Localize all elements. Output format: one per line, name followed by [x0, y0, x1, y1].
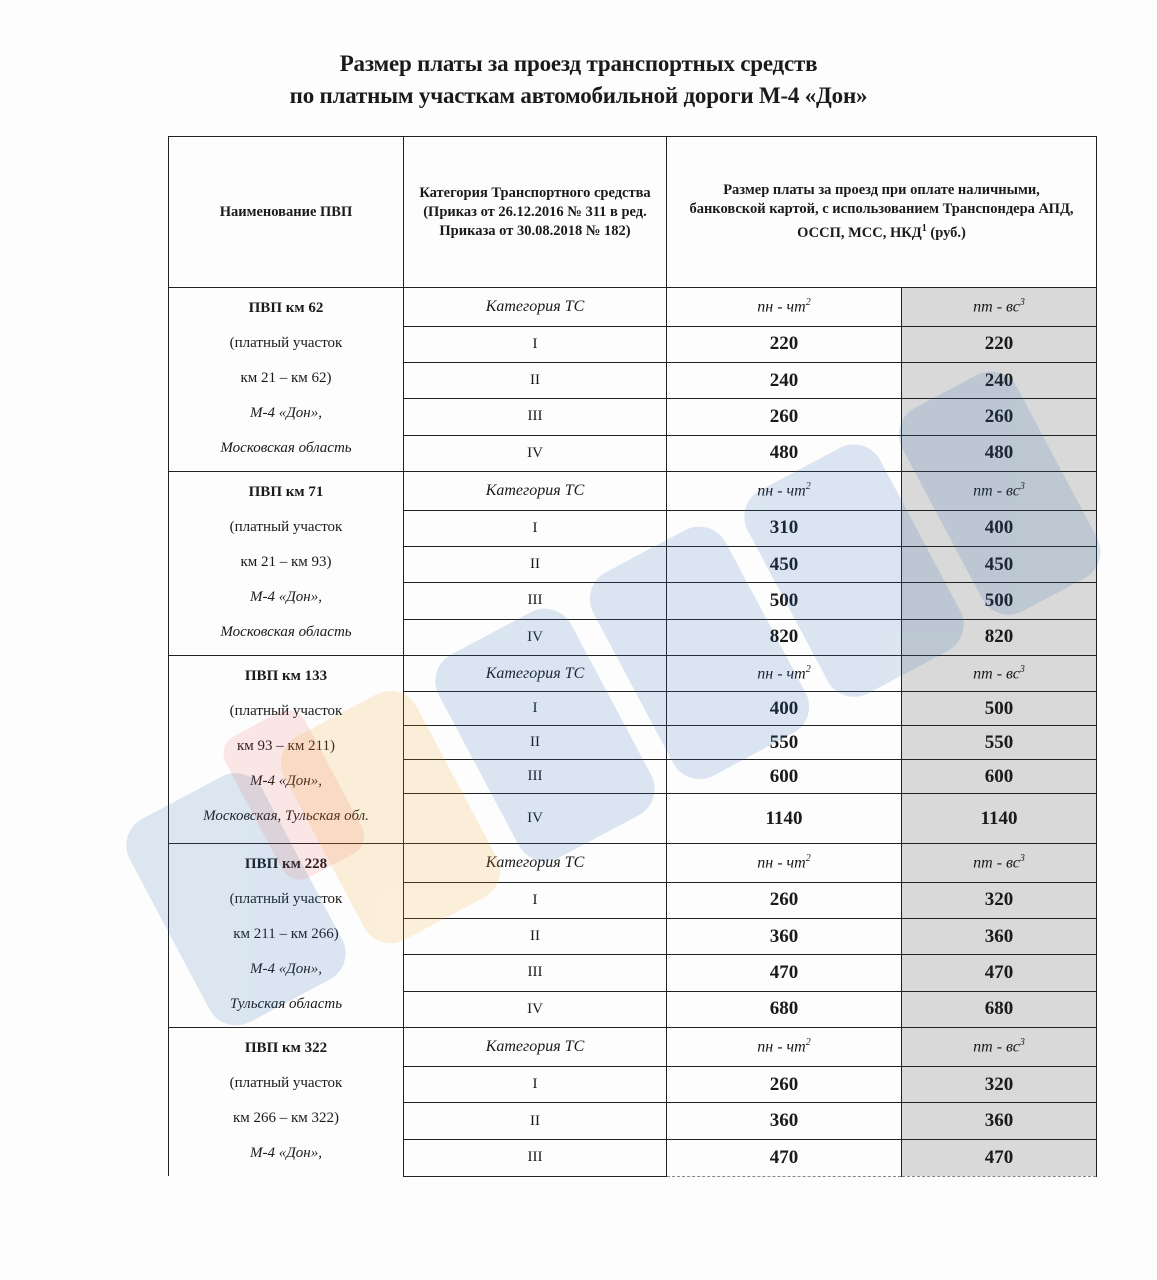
fee-weekend: 470 — [902, 1139, 1097, 1176]
pvp-description-line: М-4 «Дон», — [169, 1141, 403, 1176]
pvp-name: ПВП км 62 — [169, 296, 403, 331]
section-header-row: ПВП км 228(платный участоккм 211 – км 26… — [169, 844, 1097, 883]
weekend-text: пт - вс — [973, 665, 1020, 682]
table-body: ПВП км 62(платный участоккм 21 – км 62)М… — [169, 288, 1097, 1177]
footnote-2: 2 — [806, 664, 811, 675]
weekend-label: пт - вс3 — [902, 656, 1097, 692]
fee-weekdays: 500 — [667, 583, 902, 619]
weekend-label: пт - вс3 — [902, 472, 1097, 511]
pvp-description-line: М-4 «Дон», — [169, 401, 403, 436]
pvp-description-line: М-4 «Дон», — [169, 957, 403, 992]
fee-weekdays: 470 — [667, 1139, 902, 1176]
fee-weekend: 360 — [902, 918, 1097, 954]
pvp-description-line: км 211 – км 266) — [169, 922, 403, 957]
pvp-description-line: (платный участок — [169, 887, 403, 922]
weekdays-label: пн - чт2 — [667, 656, 902, 692]
fee-weekdays: 260 — [667, 1066, 902, 1103]
weekend-text: пт - вс — [973, 854, 1020, 871]
weekend-label: пт - вс3 — [902, 844, 1097, 883]
pvp-description-line: км 266 – км 322) — [169, 1106, 403, 1141]
pvp-name: ПВП км 133 — [169, 664, 403, 699]
fee-weekdays: 260 — [667, 882, 902, 918]
pvp-name-cell: ПВП км 228(платный участоккм 211 – км 26… — [169, 844, 404, 1028]
header-category: Категория Транспортного средства (Приказ… — [404, 137, 667, 288]
header-fee-suffix: (руб.) — [927, 225, 966, 241]
weekdays-label: пн - чт2 — [667, 844, 902, 883]
tariff-table: Наименование ПВП Категория Транспортного… — [168, 136, 1097, 1177]
vehicle-category: I — [404, 1066, 667, 1103]
fee-weekend: 450 — [902, 546, 1097, 582]
pvp-name: ПВП км 322 — [169, 1036, 403, 1071]
pvp-name: ПВП км 228 — [169, 852, 403, 887]
fee-weekend: 600 — [902, 760, 1097, 794]
fee-weekend: 220 — [902, 326, 1097, 362]
fee-weekend: 680 — [902, 991, 1097, 1027]
fee-weekdays: 1140 — [667, 794, 902, 844]
section-header-row: ПВП км 133(платный участоккм 93 – км 211… — [169, 656, 1097, 692]
fee-weekend: 500 — [902, 692, 1097, 726]
fee-weekdays: 360 — [667, 918, 902, 954]
footnote-2: 2 — [806, 1037, 811, 1048]
pvp-description-line: (платный участок — [169, 331, 403, 366]
vehicle-category: II — [404, 362, 667, 398]
title-line-1: Размер платы за проезд транспортных сред… — [0, 48, 1157, 80]
fee-weekend: 550 — [902, 726, 1097, 760]
fee-weekdays: 260 — [667, 399, 902, 435]
fee-weekdays: 600 — [667, 760, 902, 794]
fee-weekdays: 220 — [667, 326, 902, 362]
pvp-description-line: Московская область — [169, 436, 403, 471]
vehicle-category: II — [404, 726, 667, 760]
vehicle-category: III — [404, 955, 667, 991]
pvp-name: ПВП км 71 — [169, 480, 403, 515]
category-label: Категория ТС — [404, 1028, 667, 1067]
fee-weekend: 320 — [902, 1066, 1097, 1103]
fee-weekdays: 480 — [667, 435, 902, 471]
section-header-row: ПВП км 62(платный участоккм 21 – км 62)М… — [169, 288, 1097, 327]
vehicle-category: I — [404, 692, 667, 726]
vehicle-category: I — [404, 510, 667, 546]
vehicle-category: III — [404, 583, 667, 619]
weekdays-label: пн - чт2 — [667, 288, 902, 327]
fee-weekend: 480 — [902, 435, 1097, 471]
fee-weekend: 260 — [902, 399, 1097, 435]
pvp-name-cell: ПВП км 133(платный участоккм 93 – км 211… — [169, 656, 404, 844]
pvp-description-line: км 21 – км 93) — [169, 550, 403, 585]
header-fee-text: Размер платы за проезд при оплате наличн… — [689, 182, 1073, 241]
vehicle-category: IV — [404, 991, 667, 1027]
fee-weekdays: 310 — [667, 510, 902, 546]
fee-weekdays: 400 — [667, 692, 902, 726]
footnote-3: 3 — [1020, 853, 1025, 864]
weekend-label: пт - вс3 — [902, 288, 1097, 327]
fee-weekdays: 450 — [667, 546, 902, 582]
vehicle-category: III — [404, 760, 667, 794]
table-header-row: Наименование ПВП Категория Транспортного… — [169, 137, 1097, 288]
category-label: Категория ТС — [404, 844, 667, 883]
fee-weekend: 470 — [902, 955, 1097, 991]
header-fee: Размер платы за проезд при оплате наличн… — [667, 137, 1097, 288]
weekdays-text: пн - чт — [757, 854, 805, 871]
pvp-description-line: Московская область — [169, 620, 403, 655]
weekdays-label: пн - чт2 — [667, 1028, 902, 1067]
footnote-3: 3 — [1020, 1037, 1025, 1048]
pvp-description-line: км 21 – км 62) — [169, 366, 403, 401]
weekdays-text: пн - чт — [757, 298, 805, 315]
weekdays-text: пн - чт — [757, 482, 805, 499]
weekend-label: пт - вс3 — [902, 1028, 1097, 1067]
category-label: Категория ТС — [404, 656, 667, 692]
title-line-2: по платным участкам автомобильной дороги… — [0, 80, 1157, 112]
fee-weekdays: 470 — [667, 955, 902, 991]
vehicle-category: I — [404, 326, 667, 362]
header-pvp-name-text: Наименование ПВП — [220, 204, 353, 220]
vehicle-category: III — [404, 1139, 667, 1176]
pvp-description-line: км 93 – км 211) — [169, 734, 403, 769]
vehicle-category: I — [404, 882, 667, 918]
vehicle-category: II — [404, 1103, 667, 1140]
weekend-text: пт - вс — [973, 298, 1020, 315]
vehicle-category: IV — [404, 794, 667, 844]
header-category-text: Категория Транспортного средства (Приказ… — [419, 185, 650, 239]
pvp-description-line: М-4 «Дон», — [169, 769, 403, 804]
footnote-2: 2 — [806, 297, 811, 308]
pvp-description-line: Тульская область — [169, 992, 403, 1027]
fee-weekdays: 820 — [667, 619, 902, 655]
weekend-text: пт - вс — [973, 482, 1020, 499]
footnote-3: 3 — [1020, 297, 1025, 308]
fee-weekend: 1140 — [902, 794, 1097, 844]
fee-weekend: 360 — [902, 1103, 1097, 1140]
fee-weekend: 500 — [902, 583, 1097, 619]
vehicle-category: II — [404, 918, 667, 954]
section-header-row: ПВП км 71(платный участоккм 21 – км 93)М… — [169, 472, 1097, 511]
pvp-description-line: М-4 «Дон», — [169, 585, 403, 620]
tariff-table-container: Наименование ПВП Категория Транспортного… — [168, 136, 1096, 1177]
vehicle-category: III — [404, 399, 667, 435]
vehicle-category: IV — [404, 619, 667, 655]
fee-weekend: 240 — [902, 362, 1097, 398]
fee-weekend: 400 — [902, 510, 1097, 546]
category-label: Категория ТС — [404, 288, 667, 327]
pvp-name-cell: ПВП км 322(платный участоккм 266 – км 32… — [169, 1028, 404, 1177]
vehicle-category: II — [404, 546, 667, 582]
weekdays-text: пн - чт — [757, 1039, 805, 1056]
fee-weekdays: 240 — [667, 362, 902, 398]
weekdays-label: пн - чт2 — [667, 472, 902, 511]
fee-weekdays: 550 — [667, 726, 902, 760]
fee-weekdays: 360 — [667, 1103, 902, 1140]
vehicle-category: IV — [404, 435, 667, 471]
pvp-name-cell: ПВП км 62(платный участоккм 21 – км 62)М… — [169, 288, 404, 472]
footnote-2: 2 — [806, 853, 811, 864]
section-header-row: ПВП км 322(платный участоккм 266 – км 32… — [169, 1028, 1097, 1067]
document-title: Размер платы за проезд транспортных сред… — [0, 48, 1157, 112]
weekdays-text: пн - чт — [757, 665, 805, 682]
pvp-description-line: (платный участок — [169, 1071, 403, 1106]
pvp-description-line: (платный участок — [169, 699, 403, 734]
pvp-name-cell: ПВП км 71(платный участоккм 21 – км 93)М… — [169, 472, 404, 656]
fee-weekend: 320 — [902, 882, 1097, 918]
footnote-3: 3 — [1020, 664, 1025, 675]
pvp-description-line: (платный участок — [169, 515, 403, 550]
header-pvp-name: Наименование ПВП — [169, 137, 404, 288]
pvp-description-line: Московская, Тульская обл. — [169, 804, 403, 839]
fee-weekend: 820 — [902, 619, 1097, 655]
fee-weekdays: 680 — [667, 991, 902, 1027]
footnote-2: 2 — [806, 481, 811, 492]
footnote-3: 3 — [1020, 481, 1025, 492]
weekend-text: пт - вс — [973, 1039, 1020, 1056]
category-label: Категория ТС — [404, 472, 667, 511]
